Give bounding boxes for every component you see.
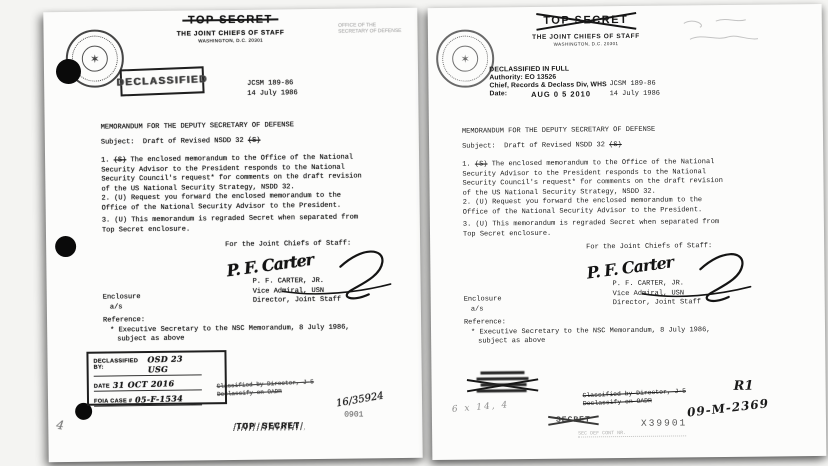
paragraph-3: 3. (U) This memorandum is regraded Secre… [463,218,731,240]
hole-punch-mark [56,59,81,84]
signer-title: Director, Joint Staff [253,296,341,307]
signer-title: Director, Joint Staff [613,298,701,309]
subject-line: Subject: Draft of Revised NSDD 32 (S) [101,137,261,149]
doc-date: 14 July 1986 [610,89,661,99]
handwritten-case-number: 09-M-2369 [686,396,769,419]
handwritten-mark: 4 [55,418,64,433]
reference-block: Reference: * Executive Secretary to the … [103,314,350,346]
control-number: 0901 [344,410,363,419]
top-secret-struck: TOP SECRET [188,13,273,26]
pencil-scribble [676,15,766,52]
footer-classification-struck: TOP SECRET [236,421,300,432]
scanned-documents-view: TOP SECRET THE JOINT CHIEFS OF STAFF WAS… [0,0,828,466]
handwritten-number: 16/35924 [335,391,384,410]
osd-receipt-stamp: OFFICE OF THE SECRETARY OF DEFENSE [338,22,402,35]
paragraph-2: 2. (U) Request you forward the enclosed … [101,191,369,213]
reference-block: Reference: * Executive Secretary to the … [464,316,711,347]
handwritten-note: R1 [734,379,754,394]
classified-by-block-struck: Classified by Director, J-5 Declassify o… [217,378,315,399]
foia-case-handwritten: 05-F-1534 [135,393,183,404]
classification-marking-struck: (S) [248,137,261,145]
classification-marking-struck: (S) [114,156,127,164]
declassified-in-full-stamp: DECLASSIFIED IN FULL Authority: EO 13526… [489,65,607,98]
foia-declassification-stamp: DECLASSIFIED BY:OSD 23 USG DATE31 OCT 20… [86,350,227,406]
paragraph-2: 2. (U) Request you forward the enclosed … [463,196,731,218]
signer-block: P. F. CARTER, JR. Vice Admiral, USN Dire… [613,279,702,309]
subject-line: Subject: Draft of Revised NSDD 32 (S) [462,141,622,152]
handwritten-marks: 6 x 14, 4 [452,400,510,415]
classified-by-block-struck: Classified by Director, J-5 Declassify o… [582,388,686,409]
date-stamp: AUG 0 5 2010 [531,91,591,99]
paragraph-3: 3. (U) This memorandum is regraded Secre… [102,213,370,235]
doc-number: JCSM 189-86 [247,79,298,89]
memo-for-line: MEMORANDUM FOR THE DEPUTY SECRETARY OF D… [462,126,655,138]
foia-date-handwritten: 31 OCT 2016 [113,378,175,390]
enclosure-block: Enclosure a/s [103,293,141,313]
doc-date: 14 July 1986 [247,89,298,99]
classification-marking-struck: (S) [475,160,488,168]
hole-punch-mark [55,236,76,257]
document-right: TOP SECRET THE JOINT CHIEFS OF STAFF WAS… [428,4,827,460]
doc-number: JCSM 189-86 [609,80,660,90]
control-number: X39901 [641,417,687,428]
paragraph-1: 1. (S) The enclosed memorandum to the Of… [101,153,369,195]
classification-marking-struck: (S) [609,141,622,149]
downgrading-stamp-struck [474,365,530,406]
paragraph-1: 1. (S) The enclosed memorandum to the Of… [462,158,730,199]
doc-number-block: JCSM 189-86 14 July 1986 [609,80,660,100]
enclosure-block: Enclosure a/s [464,295,502,315]
document-left: TOP SECRET THE JOINT CHIEFS OF STAFF WAS… [43,8,422,463]
jcs-seal-icon: ✶ [436,29,495,88]
footer-classification-struck: SECRET [556,415,591,424]
top-secret-struck: TOP SECRET [543,14,628,27]
memo-for-line: MEMORANDUM FOR THE DEPUTY SECRETARY OF D… [101,121,294,133]
seal-eagle-icon: ✶ [82,46,108,72]
seal-eagle-icon: ✶ [452,46,478,72]
doc-number-block: JCSM 189-86 14 July 1986 [247,79,298,99]
declassified-stamp: DECLASSIFIED [120,66,205,96]
signer-block: P. F. CARTER, JR. Vice Admiral, USN Dire… [253,277,342,307]
foia-by-handwritten: OSD 23 USG [148,352,202,374]
secdef-control-line: SEC DEF CONT NR. [578,429,686,437]
